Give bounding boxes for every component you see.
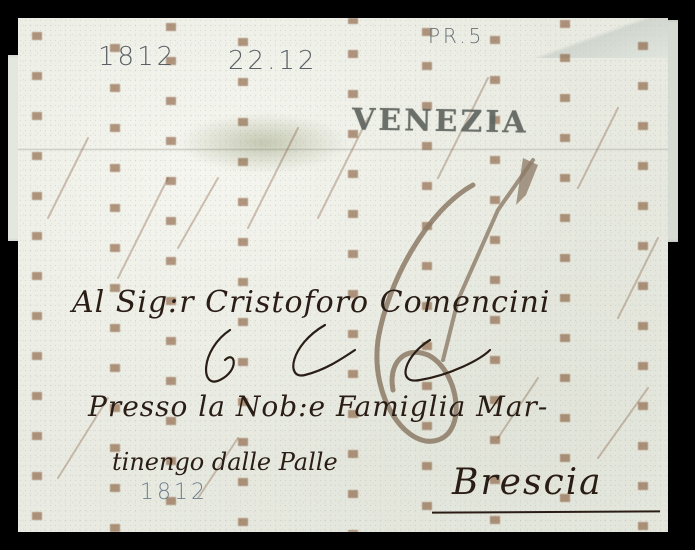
pencil-bottom-year-note: 1812	[140, 480, 208, 505]
pencil-date-note: 22.12	[228, 46, 317, 76]
address-city: Brescia	[452, 462, 603, 503]
pencil-year-note: 1812	[98, 42, 176, 72]
pencil-reference-note: PR.5	[428, 24, 484, 48]
address-line-care-of: Presso la Nob:e Famiglia Mar-	[88, 390, 548, 423]
address-line-recipient: Al Sig:r Cristoforo Comencini	[72, 285, 551, 320]
venezia-postmark: VENEZIA	[352, 102, 529, 140]
address-line-family: tinengo dalle Palle	[112, 448, 338, 476]
address-flourish	[180, 320, 500, 400]
